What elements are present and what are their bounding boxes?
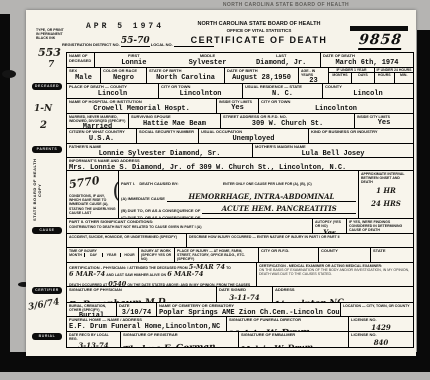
physician-address: Lincolnton NC [275, 297, 344, 302]
citizenship: U.S.A. [69, 136, 134, 143]
surviving-spouse: Hattie Mae Beam [131, 121, 218, 128]
line-c-label: (c) DUE TO, OR AS A CONSEQUENCE OF [121, 216, 200, 218]
death-county-cell: PLACE OF DEATH — COUNTY Lincoln [67, 84, 159, 98]
hospital-name: Crowell Memorial Hospt. [69, 106, 214, 113]
min-label: MIN. [395, 73, 414, 83]
inside-city-limits: Yes [219, 105, 256, 113]
state-of-birth: North Carolina [149, 75, 222, 83]
margin-code-2: 2 [40, 120, 47, 131]
residence-state: N. C. [245, 91, 320, 98]
injury-city-cell: CITY OR R.F.D. [259, 248, 319, 262]
ssn-cell: SOCIAL SECURITY NUMBER [137, 129, 199, 143]
local-no-label: LOCAL NO. [151, 42, 173, 47]
months-label: MONTHS [329, 73, 352, 83]
death-county: Lincoln [69, 91, 156, 98]
funeral-director-signature: Melvin W. Drum [229, 327, 310, 331]
funeral-director-license: 1429 [351, 323, 411, 331]
mother-name: Lula Bell Josey [255, 151, 411, 157]
scan-artifact [2, 70, 16, 78]
spouse-cell: SURVIVING SPOUSE Hattie Mae Beam [129, 114, 221, 128]
tab-burial: BURIAL [32, 333, 62, 340]
hours-label: HOURS [375, 73, 395, 83]
informant: Mrs. Lonnie S. Diamond, Jr. of 309 W. Ch… [69, 165, 411, 170]
days-label: DAYS [352, 73, 374, 83]
inside-city-limits-cell: INSIDE CITY LIMITS Yes [217, 99, 259, 113]
scan-border-left [0, 14, 10, 366]
me-note: ON THE BASIS OF EXAMINATION OF THE BODY … [259, 268, 411, 276]
day-label: DAY [85, 253, 103, 257]
autopsy-value: Yes [315, 228, 344, 233]
age-value: 23 [301, 78, 326, 83]
conditions-note: CONDITIONS, IF ANY, WHICH GAVE RISE TO I… [69, 194, 116, 215]
physician-address-cell: ADDRESS Lincolnton NC [273, 287, 413, 302]
disposition: Burial [69, 313, 114, 316]
scanned-death-certificate: NORTH CAROLINA STATE BOARD OF HEALTH APR… [0, 0, 430, 380]
cemetery-cell: NAME OF CEMETERY OR CREMATORY Poplar Spr… [157, 303, 341, 316]
race-value: Negro [103, 75, 144, 83]
print-instruction: TYPE, OR PRINT IN PERMANENT BLACK INK [36, 28, 64, 41]
margin-code-1n: 1-N [34, 104, 52, 114]
hospital-cell: NAME OF HOSPITAL OR INSTITUTION Crowell … [67, 99, 217, 113]
line-a-label: (a) IMMEDIATE CAUSE [121, 197, 165, 202]
certificate-number: 9858 [358, 32, 403, 50]
last-label: LAST [244, 54, 318, 59]
interval-label: APPROXIMATE INTERVAL BETWEEN ONSET AND D… [361, 172, 411, 185]
hour-label: HOUR [121, 253, 138, 257]
part2-note: CONTRIBUTING TO DEATH BUT NOT RELATED TO… [69, 225, 310, 229]
residence-icl: Yes [357, 120, 411, 128]
street-address-cell: STREET ADDRESS OR R.F.D. NO. 309 W. Chur… [221, 114, 355, 128]
first-label: FIRST [97, 54, 171, 59]
injury-state-cell: STATE [371, 248, 413, 262]
state-of-birth-cell: STATE OF BIRTH North Carolina [147, 68, 225, 83]
cause-lines-cell: PART I. DEATH CAUSED BY: ENTER ONLY ONE … [119, 171, 359, 218]
time-of-injury-cell: TIME OF INJURY MONTH DAY YEAR HOUR [67, 248, 139, 262]
accident-cell: ACCIDENT, SUICIDE, HOMICIDE, OR UNDETERM… [67, 234, 187, 247]
cause-code: 5770 [68, 174, 100, 191]
burial-date: 3/10/74 [119, 310, 154, 316]
date-signed-cell: DATE SIGNED 3-11-74 [217, 287, 273, 302]
date-signed: 3-11-74 [219, 293, 270, 302]
injury-county-cell: COUNTY [319, 248, 371, 262]
received-date-stamp: APR 5 1974 [86, 22, 164, 31]
funeral-home: E.F. Drum Funeral Home,Lincolnton,NC [69, 324, 224, 331]
under-one-year-cell: IF UNDER 1 YEAR MONTHS DAYS [329, 68, 375, 83]
embalmer-signature-cell: SIGNATURE OF EMBALMER Melvin W. Drum [239, 332, 349, 347]
father-name: Lonnie Sylvester Diamond, Sr. [69, 151, 250, 157]
line-b-label: (b) DUE TO, OR AS A CONSEQUENCE OF [121, 209, 200, 214]
middle-name: Sylvester [171, 60, 245, 67]
redaction-bar [350, 26, 408, 31]
embalmer-signature: Melvin W. Drum [241, 341, 313, 347]
registrar-signature-cell: SIGNATURE OF REGISTRAR Thelma F. German [121, 332, 239, 347]
tab-parents: PARENTS [32, 146, 62, 153]
autopsy-cell: AUTOPSY (YES OR NO) Yes [313, 219, 347, 233]
disposition-cell: BURIAL, CREMATION, OTHER (SPECIFY) Buria… [67, 303, 117, 316]
findings-cell: IF YES, WERE FINDINGS CONSIDERED IN DETE… [347, 219, 413, 233]
registrar-signature: Thelma F. German [123, 342, 216, 347]
sex-cell: SEX Male [67, 68, 101, 83]
embalmer-license: 840 [351, 338, 411, 347]
residence-city-cell: CITY OR TOWN Lincolnton [259, 99, 413, 113]
cemetery-location-cell: LOCATION — CITY, TOWN, OR COUNTY [341, 303, 413, 316]
office-title: OFFICE OF VITAL STATISTICS [174, 28, 344, 34]
part1-label: PART I. [121, 182, 135, 187]
physician-signature-cell: SIGNATURE OF PHYSICIAN R. Rosenbaum M.D. [67, 287, 217, 302]
enter-note: ENTER ONLY ONE CAUSE PER LINE FOR (a), (… [179, 182, 356, 186]
age-cell: AGE - IN YEARS 23 [299, 68, 329, 83]
copy-designation: STATE BOARD OF HEALTH COPY [32, 155, 42, 225]
funeral-home-cell: FUNERAL HOME — NAME / ADDRESS E.F. Drum … [67, 317, 227, 331]
occupation-cell: USUAL OCCUPATION Unemployed [199, 129, 309, 143]
residence-county: Lincoln [325, 91, 411, 98]
residence-state-cell: USUAL RESIDENCE — STATE N. C. [243, 84, 323, 98]
deceased-name-cell: FIRSTLonnie MIDDLESylvester LASTDiamond,… [95, 53, 321, 67]
citizenship-cell: CITIZEN OF WHAT COUNTRY U.S.A. [67, 129, 137, 143]
death-city-cell: CITY OR TOWN Lincolnton [159, 84, 243, 98]
cemetery: Poplar Springs AME Zion Ch.Cem.-Lincoln … [159, 310, 338, 316]
part2-cell: PART II. OTHER SIGNIFICANT CONDITIONS: C… [67, 219, 313, 233]
funeral-director-license-cell: LICENSE NO. 1429 [349, 317, 413, 331]
brace-glyph: ( [112, 179, 119, 204]
last-seen: 6 Mar-74 [167, 270, 203, 278]
embalmer-license-cell: LICENSE NO. 840 [349, 332, 413, 347]
informant-cell: INFORMANT'S NAME AND ADDRESS Mrs. Lonnie… [67, 158, 413, 170]
ghost-header-text: NORTH CAROLINA STATE BOARD OF HEALTH [156, 2, 416, 8]
first-name: Lonnie [97, 60, 171, 67]
injury-at-work-cell: INJURY AT WORK (SPECIFY YES OR NO) [139, 248, 175, 262]
margin-code-553: 553 [38, 46, 61, 59]
business-cell: KIND OF BUSINESS OR INDUSTRY [309, 129, 413, 143]
header-titles: NORTH CAROLINA STATE BOARD OF HEALTH OFF… [174, 21, 344, 46]
year-label: YEAR [103, 253, 121, 257]
caused-by-label: DEATH CAUSED BY: [139, 182, 178, 187]
physician-certification-cell: CERTIFICATION - PHYSICIAN: I ATTENDED TH… [67, 263, 257, 286]
district-label: REGISTRATION DISTRICT NO. [62, 42, 120, 47]
residence-city: Lincolnton [261, 106, 411, 113]
interval-a: 1 HR [361, 186, 411, 195]
under-24-hours-cell: IF UNDER 24 HOURS HOURS MIN. [375, 68, 413, 83]
month-label: MONTH [67, 253, 85, 257]
residence-icl-cell: INSIDE CITY LIMITS Yes [355, 114, 413, 128]
date-of-death: March 6th, 1974 [323, 60, 411, 67]
race-cell: COLOR OR RACE Negro [101, 68, 147, 83]
attended-to: 6 Mar-74 [69, 270, 105, 278]
mother-cell: MOTHER'S MAIDEN NAME Lula Bell Josey [253, 144, 413, 157]
tab-deceased: DECEASED [32, 83, 62, 90]
local-no-blank [174, 46, 214, 47]
date-of-birth: August 28,1950 [227, 75, 296, 83]
page-title: CERTIFICATE OF DEATH [174, 35, 344, 46]
board-title: NORTH CAROLINA STATE BOARD OF HEALTH [174, 21, 344, 28]
street-address: 309 W. Church St. [223, 121, 352, 128]
tab-certifier: CERTIFIER [32, 287, 62, 294]
date-received: 3-13-74 [69, 341, 118, 347]
certificate-form: NAME OF DECEASED FIRSTLonnie MIDDLESylve… [66, 52, 414, 348]
funeral-director-signature-cell: SIGNATURE OF FUNERAL DIRECTOR Melvin W. … [227, 317, 349, 331]
date-of-death-cell: DATE OF DEATH March 6th, 1974 [321, 53, 413, 67]
date-of-birth-cell: DATE OF BIRTH August 28,1950 [225, 68, 299, 83]
time-of-death: 0540 [108, 280, 126, 286]
occupation: Unemployed [201, 136, 306, 143]
scan-border-right [417, 30, 430, 366]
margin-code-7: 7 [48, 60, 54, 70]
immediate-cause: HEMORRHAGE, INTRA-ABDOMINAL [167, 192, 356, 202]
place-of-injury-cell: PLACE OF INJURY — AT HOME, FARM, STREET,… [175, 248, 259, 262]
how-injury-cell: DESCRIBE HOW INJURY OCCURRED — ENTER NAT… [187, 234, 413, 247]
tab-cause: CAUSE [32, 227, 62, 234]
middle-label: MIDDLE [171, 54, 245, 59]
death-city: Lincolnton [161, 91, 240, 98]
last-name: Diamond, Jr. [244, 60, 318, 67]
cause-code-cell: 5770 CONDITIONS, IF ANY, WHICH GAVE RISE… [67, 171, 119, 218]
marital-status-cell: MARRIED, NEVER MARRIED, WIDOWED, DIVORCE… [67, 114, 129, 128]
certificate-page: NORTH CAROLINA STATE BOARD OF HEALTH APR… [26, 10, 416, 356]
physician-signature: R. Rosenbaum M.D. [69, 297, 169, 302]
burial-date-cell: DATE 3/10/74 [117, 303, 157, 316]
marital-status: Married [69, 124, 126, 128]
medical-examiner-certification-cell: CERTIFICATION - MEDICAL EXAMINER OR ACTI… [257, 263, 413, 286]
district-number: 55-70 [121, 36, 150, 47]
interval-b: 24 HRS [361, 199, 411, 208]
residence-county-cell: COUNTY Lincoln [323, 84, 413, 98]
father-cell: FATHER'S NAME Lonnie Sylvester Diamond, … [67, 144, 253, 157]
interval-cell: APPROXIMATE INTERVAL BETWEEN ONSET AND D… [359, 171, 413, 218]
name-of-deceased-label-cell: NAME OF DECEASED [67, 53, 95, 67]
sex-value: Male [69, 75, 98, 83]
date-received-cell: DATE REC'D BY LOCAL REG. 3-13-74 [67, 332, 121, 347]
due-to-1: ACUTE HEM. PANCREATITIS [202, 204, 356, 214]
margin-date: 3/6/74 [27, 297, 60, 312]
